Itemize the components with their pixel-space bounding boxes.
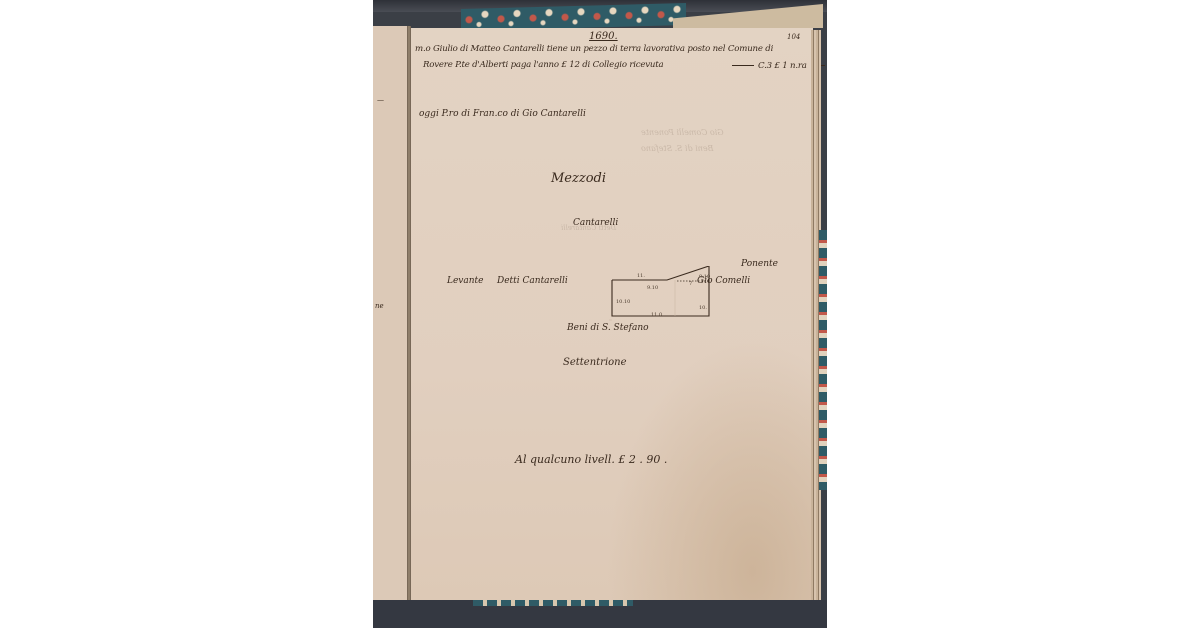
amount-value: C.3 £ 1 n.ra	[758, 61, 807, 71]
bleed-through-text: Beni di S. Stefano	[641, 144, 714, 153]
entry-line-2: Rovere P.te d'Alberti paga l'anno £ 12 d…	[423, 61, 663, 70]
top-neighbor-label: Cantarelli	[573, 219, 618, 228]
measurement-inner-top: 9.10	[647, 286, 658, 291]
entry-line-1: m.o Giulio di Matteo Cantarelli tiene un…	[415, 45, 773, 54]
left-neighbor-label: Detti Cantarelli	[497, 277, 568, 286]
measurement-top-edge: 11.	[637, 274, 645, 279]
entry-line-3: oggi P.ro di Fran.co di Gio Cantarelli	[419, 110, 586, 119]
marbled-cover-pattern	[461, 3, 686, 31]
folio-number: 104	[787, 34, 800, 41]
left-page-fragment: —	[377, 96, 384, 104]
measurement-bottom: 11.0.	[651, 313, 664, 318]
orientation-west-label: Levante	[447, 277, 484, 286]
marbled-cover-bottom	[473, 600, 633, 606]
measurement-top-right: 9.10	[699, 275, 710, 280]
orientation-east-label: Ponente	[741, 260, 778, 269]
marbled-cover-edge	[819, 230, 827, 490]
orientation-south-label: Settentrione	[563, 358, 627, 368]
left-page-edge: — ne	[373, 26, 409, 610]
bottom-neighbor-label: Beni di S. Stefano	[567, 324, 649, 333]
orientation-north-label: Mezzodi	[551, 172, 606, 185]
measurement-right-side: 10.	[699, 306, 707, 311]
entry-year: 1690.	[589, 32, 618, 42]
image-viewer: — ne Gio Comelli Ponente Beni di S. Stef…	[0, 0, 1200, 628]
measurement-left-side: 10.10	[616, 300, 630, 305]
manuscript-scan: — ne Gio Comelli Ponente Beni di S. Stef…	[373, 0, 827, 628]
bleed-through-text: Gio Comelli Ponente	[641, 128, 724, 137]
manuscript-page: Gio Comelli Ponente Beni di S. Stefano D…	[411, 28, 813, 600]
measurement-right-dotted: 7	[689, 282, 692, 287]
footer-note: Al qualcuno livell. £ 2 . 90 .	[515, 454, 667, 465]
entry-amount: C.3 £ 1 n.ra	[704, 62, 825, 71]
left-page-fragment: ne	[375, 302, 384, 310]
